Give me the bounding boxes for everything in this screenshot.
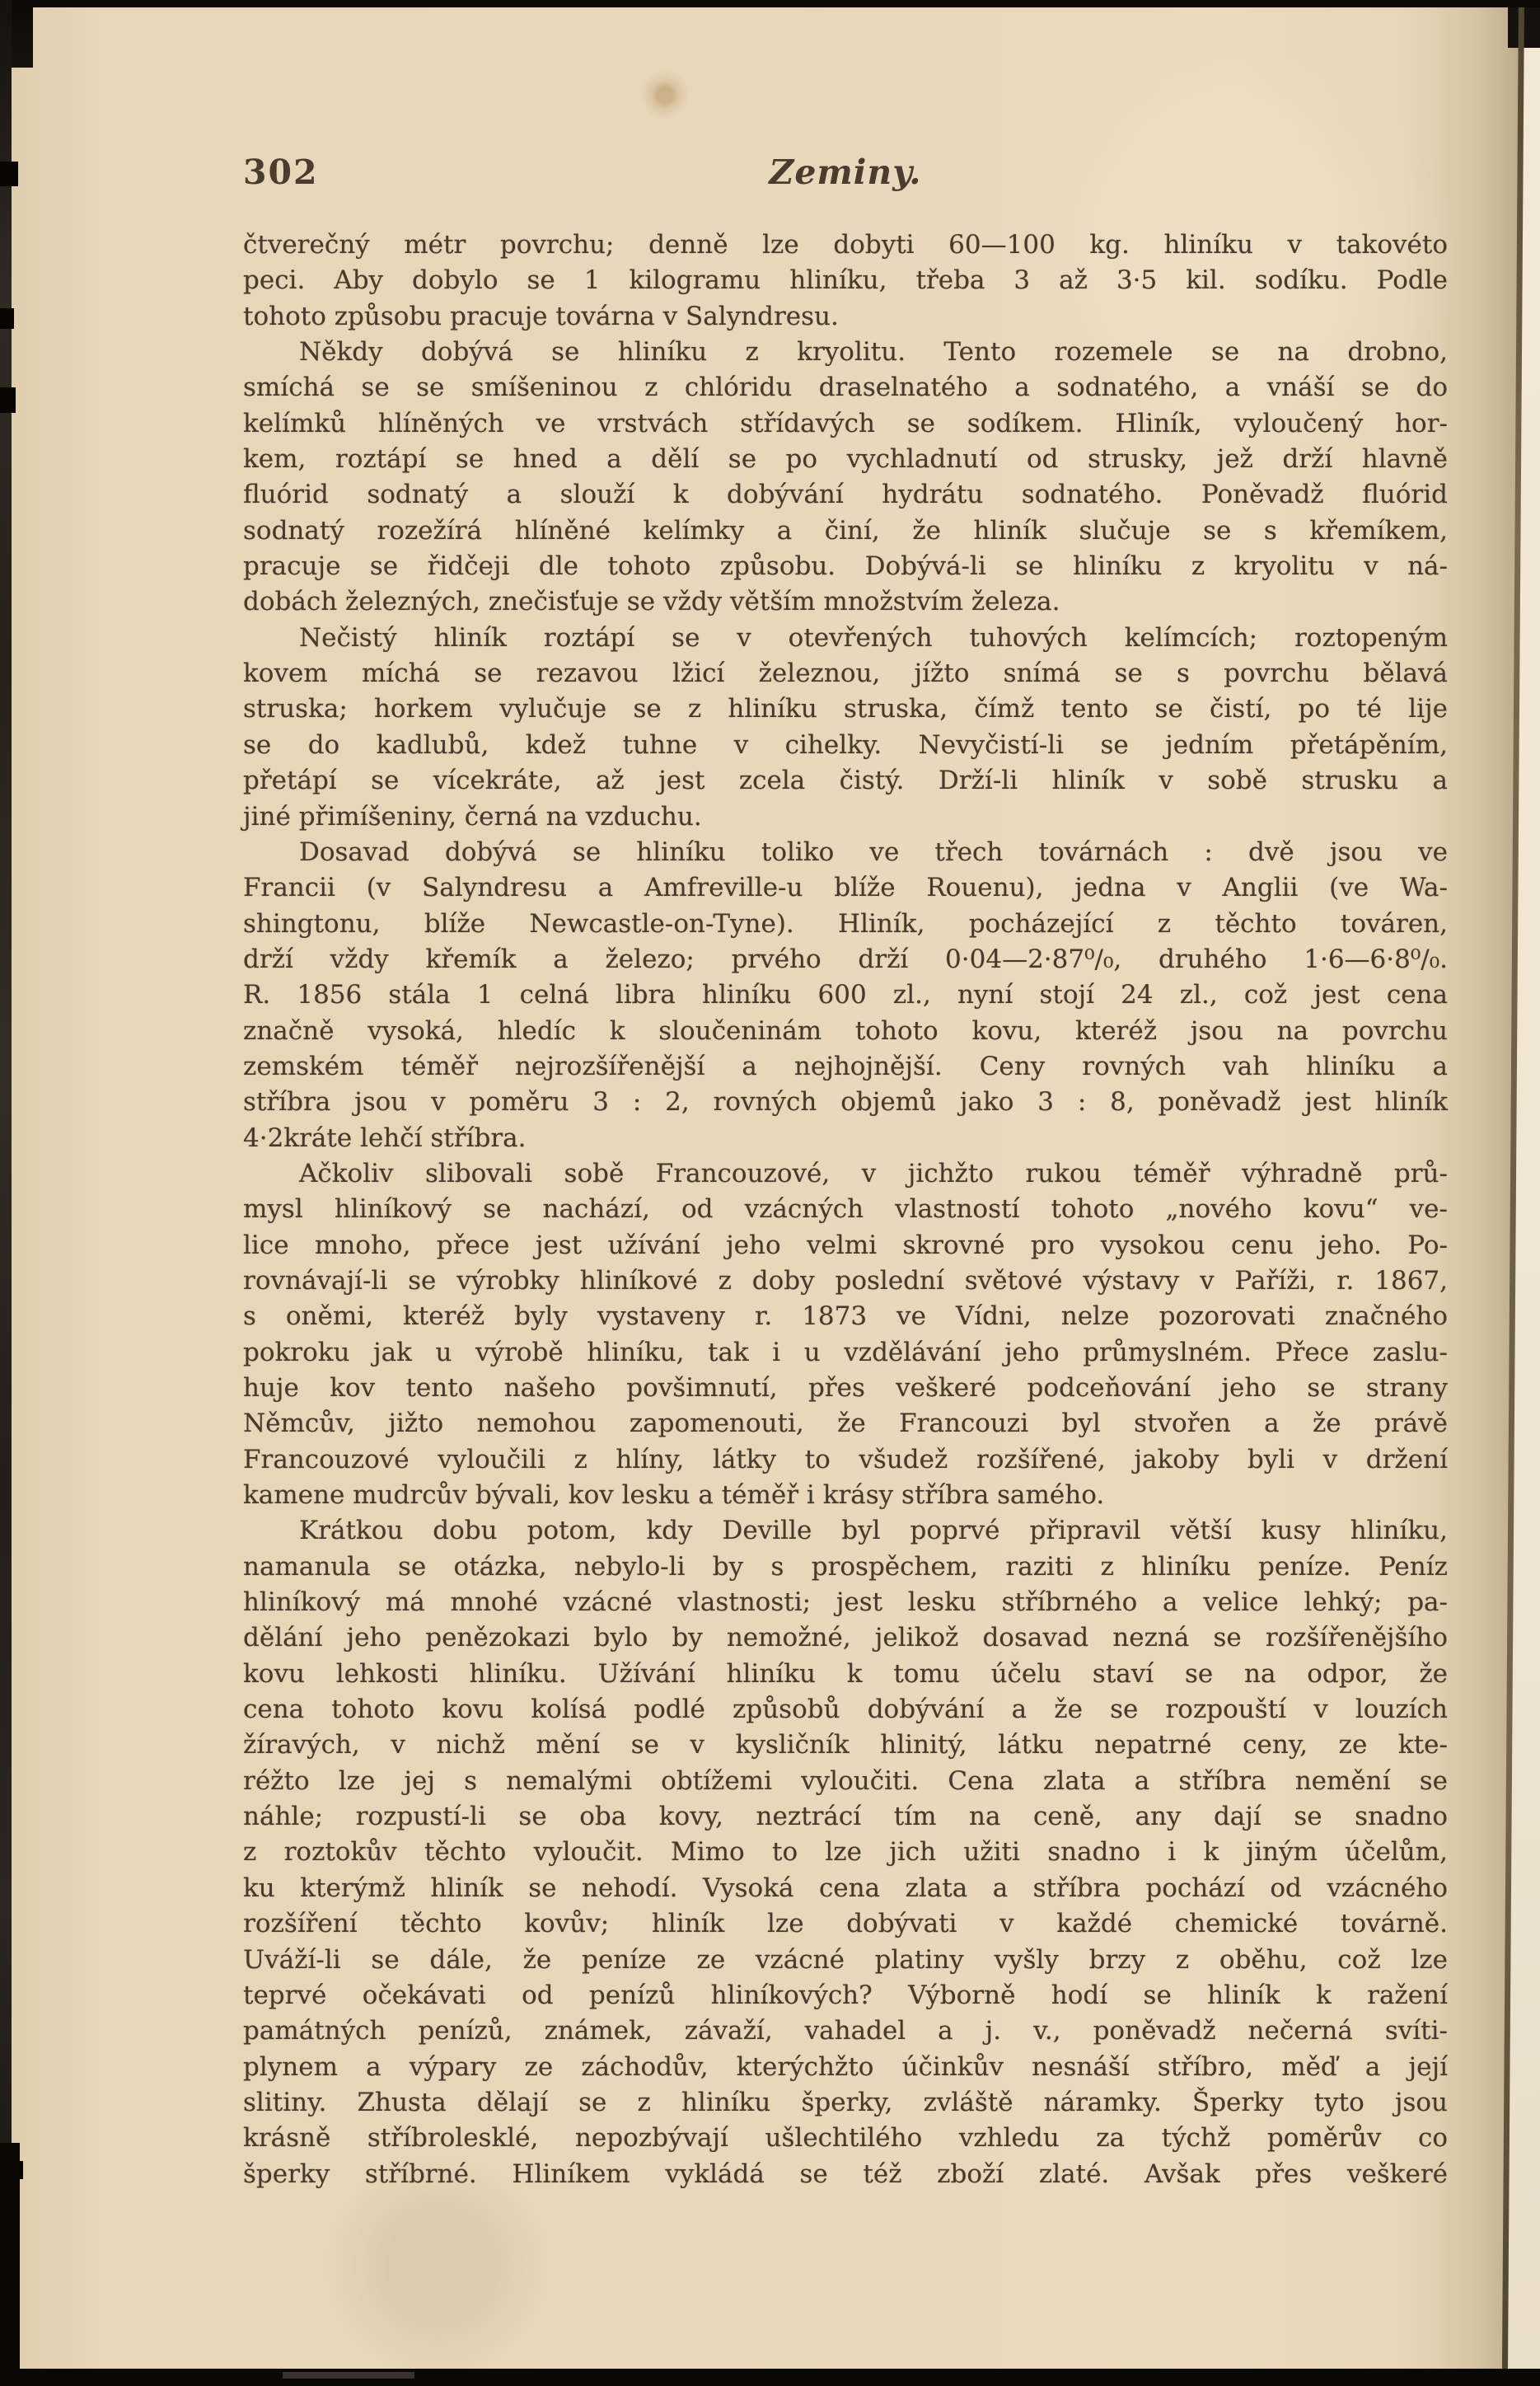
text-line: pokroku jak u výrobě hliníku, tak i u vz… (243, 1335, 1448, 1371)
running-title: Zeminy. (243, 152, 1448, 193)
text-line: žíravých, v nichž mění se v kysličník hl… (243, 1727, 1448, 1763)
text-line: pracuje se řidčeji dle tohoto způsobu. D… (243, 549, 1448, 584)
text-line: smíchá se se smíšeninou z chlóridu drase… (243, 370, 1448, 405)
text-line: kelímků hlíněných ve vrstvách střídavých… (243, 406, 1448, 442)
scan-edge-notch (0, 162, 18, 186)
text-line: peci. Aby dobylo se 1 kilogramu hliníku,… (243, 263, 1448, 298)
text-line: lice mnoho, přece jest užívání jeho velm… (243, 1228, 1448, 1263)
text-line: fluórid sodnatý a slouží k dobývání hydr… (243, 477, 1448, 513)
text-line: struska; horkem vylučuje se z hliníku st… (243, 691, 1448, 727)
text-line: z roztokův těchto vyloučit. Mimo to lze … (243, 1835, 1448, 1870)
scan-corner-bottom-left (0, 2143, 20, 2386)
text-line: shingtonu, blíže Newcastle-on-Tyne). Hli… (243, 907, 1448, 942)
scan-edge-bottom (0, 2369, 1540, 2386)
text-line: slitiny. Zhusta dělají se z hliníku šper… (243, 2085, 1448, 2121)
scan-edge-bottom-highlight (283, 2372, 414, 2379)
text-line: čtverečný métr povrchu; denně lze dobyti… (243, 227, 1448, 263)
text-line: Krátkou dobu potom, kdy Deville byl popr… (243, 1513, 1448, 1549)
text-line: mysl hliníkový se nachází, od vzácných v… (243, 1192, 1448, 1227)
text-line: réžto lze jej s nemalými obtížemi vylouč… (243, 1764, 1448, 1799)
text-line: rovnávají-li se výrobky hliníkové z doby… (243, 1263, 1448, 1299)
text-line: Francii (v Salyndresu a Amfreville-u blí… (243, 870, 1448, 906)
text-line: rozšíření těchto kovův; hliník lze dobýv… (243, 1906, 1448, 1942)
text-line: drží vždy křemík a železo; prvého drží 0… (243, 942, 1448, 977)
text-line: Ačkoliv slibovali sobě Francouzové, v ji… (243, 1156, 1448, 1192)
text-line: zemském téměř nejrozšířenější a nejhojně… (243, 1049, 1448, 1085)
text-line: šperky stříbrné. Hliníkem vykládá se též… (243, 2157, 1448, 2192)
text-line: dělání jeho penězokazi bylo by nemožné, … (243, 1620, 1448, 1656)
text-line: se do kadlubů, kdež tuhne v cihelky. Nev… (243, 728, 1448, 763)
text-line: jiné přimíšeniny, černá na vzduchu. (243, 799, 1448, 835)
text-line: značně vysoká, hledíc k sloučeninám toho… (243, 1014, 1448, 1049)
text-line: Němcův, jižto nemohou zapomenouti, že Fr… (243, 1406, 1448, 1441)
text-line: tohoto způsobu pracuje továrna v Salyndr… (243, 299, 1448, 335)
scan-edge-notch (0, 387, 16, 413)
text-line: kem, roztápí se hned a dělí se po vychla… (243, 442, 1448, 477)
text-line: Uváží-li se dále, že peníze ze vzácné pl… (243, 1943, 1448, 1978)
text-line: dobách železných, znečisťuje se vždy vět… (243, 584, 1448, 620)
text-line: stříbra jsou v poměru 3 : 2, rovných obj… (243, 1085, 1448, 1120)
text-line: Někdy dobývá se hliníku z kryolitu. Tent… (243, 335, 1448, 370)
text-line: Francouzové vyloučili z hlíny, látky to … (243, 1442, 1448, 1478)
text-line: Dosavad dobývá se hliníku toliko ve třec… (243, 835, 1448, 870)
text-line: hliníkový má mnohé vzácné vlastnosti; je… (243, 1585, 1448, 1620)
body-text: čtverečný métr povrchu; denně lze dobyti… (243, 227, 1448, 2192)
text-line: kovu lehkosti hliníku. Užívání hliníku k… (243, 1657, 1448, 1692)
book-scan: { "header": { "page_number": "302", "run… (0, 0, 1540, 2386)
text-line: kamene mudrcův bývali, kov lesku a téměř… (243, 1478, 1448, 1513)
scan-edge-top (0, 0, 1540, 7)
text-line: s oněmi, kteréž byly vystaveny r. 1873 v… (243, 1299, 1448, 1334)
text-line: ku kterýmž hliník se nehodí. Vysoká cena… (243, 1871, 1448, 1906)
text-line: teprvé očekávati od penízů hliníkových? … (243, 1978, 1448, 2013)
text-line: přetápí se vícekráte, až jest zcela čist… (243, 763, 1448, 799)
text-line: 4·2kráte lehčí stříbra. (243, 1121, 1448, 1156)
text-line: Nečistý hliník roztápí se v otevřených t… (243, 621, 1448, 656)
scan-edge-notch (0, 308, 14, 329)
text-line: cena tohoto kovu kolísá podlé způsobů do… (243, 1692, 1448, 1727)
text-line: krásně stříbrolesklé, nepozbývají ušlech… (243, 2121, 1448, 2156)
text-line: sodnatý rozežírá hlíněné kelímky a činí,… (243, 513, 1448, 549)
text-line: náhle; rozpustí-li se oba kovy, neztrácí… (243, 1799, 1448, 1835)
page-header: 302 Zeminy. (243, 152, 1448, 193)
text-line: kovem míchá se rezavou lžicí železnou, j… (243, 656, 1448, 691)
text-line: plynem a výpary ze záchodův, kterýchžto … (243, 2050, 1448, 2085)
scan-edge-left (0, 0, 12, 2386)
text-line: namanula se otázka, nebylo-li by s prosp… (243, 1549, 1448, 1585)
text-line: R. 1856 stála 1 celná libra hliníku 600 … (243, 977, 1448, 1013)
text-line: památných penízů, známek, závaží, vahade… (243, 2013, 1448, 2049)
text-line: huje kov tento našeho povšimnutí, přes v… (243, 1371, 1448, 1406)
